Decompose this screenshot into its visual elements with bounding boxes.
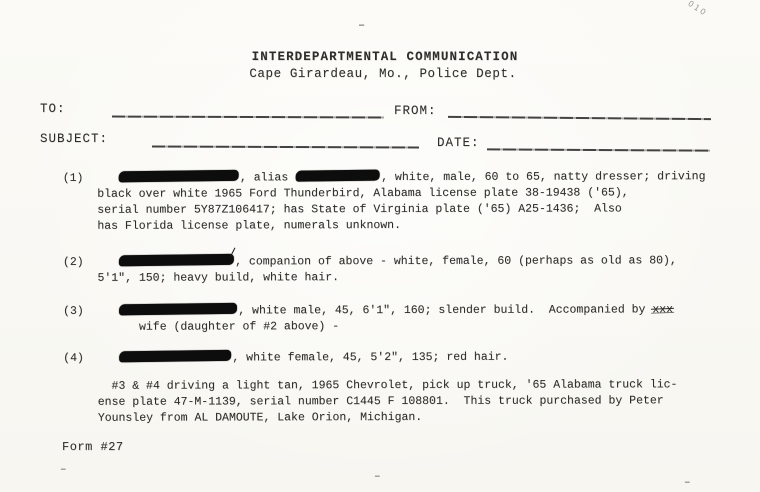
scanned-memo-page: – 010 INTERDEPARTMENTAL COMMUNICATION Ca… xyxy=(0,0,760,492)
memo-line: black over white 1965 Ford Thunderbird, … xyxy=(63,185,743,203)
memo-paragraph-item-2: (2) , companion of above - white, female… xyxy=(63,253,743,287)
subject-blank-line xyxy=(152,146,419,149)
corner-handwriting-mark: 010 xyxy=(686,0,709,18)
form-number: Form #27 xyxy=(62,440,124,454)
bottom-dash-right: – xyxy=(684,477,691,489)
memo-body: (1) , alias , white, male, 60 to 65, nat… xyxy=(63,169,744,427)
date-label: DATE: xyxy=(437,136,480,150)
to-label: TO: xyxy=(40,102,66,116)
memo-text: , white female, 45, 5'2", 135; red hair. xyxy=(232,351,508,365)
memo-text: serial number 5Y87Z106417; has State of … xyxy=(63,202,622,216)
memo-department: Cape Girardeau, Mo., Police Dept. xyxy=(0,67,760,81)
memo-text: black over white 1965 Ford Thunderbird, … xyxy=(63,186,629,200)
redaction-bar xyxy=(119,170,239,183)
memo-line: #3 & #4 driving a light tan, 1965 Chevro… xyxy=(63,377,743,395)
memo-text: (1) xyxy=(63,172,118,185)
redaction-bar xyxy=(296,170,380,182)
memo-text: has Florida license plate, numerals unkn… xyxy=(63,219,401,233)
memo-text: , alias xyxy=(240,171,295,184)
memo-text: , white, male, 60 to 65, natty dresser; … xyxy=(381,170,705,184)
memo-text: , companion of above - white, female, 60… xyxy=(235,254,677,268)
memo-line: 5'1", 150; heavy build, white hair. xyxy=(63,269,743,287)
memo-text: (3) xyxy=(63,305,118,318)
memo-line: has Florida license plate, numerals unkn… xyxy=(63,217,743,235)
top-page-dash: – xyxy=(358,18,365,32)
to-blank-line xyxy=(112,116,384,119)
memo-line: (3) , white male, 45, 6'1", 160; slender… xyxy=(63,302,743,320)
redaction-bar xyxy=(119,303,237,316)
memo-text: #3 & #4 driving a light tan, 1965 Chevro… xyxy=(63,378,677,393)
memo-paragraph-item-3: (3) , white male, 45, 6'1", 160; slender… xyxy=(63,302,743,336)
redaction-bar xyxy=(119,350,231,362)
struck-out-word: xxx xyxy=(652,303,673,316)
memo-text: wife (daughter of #2 above) - xyxy=(63,320,339,334)
bottom-dash-center: – xyxy=(374,471,381,483)
memo-paragraph-truck-note: #3 & #4 driving a light tan, 1965 Chevro… xyxy=(63,377,743,427)
memo-text: 5'1", 150; heavy build, white hair. xyxy=(63,271,339,285)
memo-text: ense plate 47-M-1139, serial number C144… xyxy=(63,394,663,409)
date-blank-line xyxy=(487,148,710,151)
memo-line: Younsley from AL DAMOUTE, Lake Orion, Mi… xyxy=(63,409,743,427)
from-label: FROM: xyxy=(394,104,437,118)
memo-text: (2) xyxy=(63,256,118,269)
memo-paragraph-item-4: (4) , white female, 45, 5'2", 135; red h… xyxy=(63,349,743,367)
memo-title: INTERDEPARTMENTAL COMMUNICATION xyxy=(0,50,760,64)
memo-line: serial number 5Y87Z106417; has State of … xyxy=(63,201,743,219)
memo-line: ense plate 47-M-1139, serial number C144… xyxy=(63,393,743,411)
memo-line: (4) , white female, 45, 5'2", 135; red h… xyxy=(63,349,743,367)
subject-label: SUBJECT: xyxy=(40,132,108,146)
bottom-dash-left: – xyxy=(60,464,67,476)
memo-line: wife (daughter of #2 above) - xyxy=(63,318,743,336)
redaction-bar xyxy=(119,254,234,267)
memo-line: (2) , companion of above - white, female… xyxy=(63,253,743,271)
memo-text: , white male, 45, 6'1", 160; slender bui… xyxy=(238,303,652,317)
memo-text: Younsley from AL DAMOUTE, Lake Orion, Mi… xyxy=(63,411,422,425)
memo-line: (1) , alias , white, male, 60 to 65, nat… xyxy=(63,169,743,187)
memo-text: (4) xyxy=(63,352,118,365)
memo-paragraph-item-1: (1) , alias , white, male, 60 to 65, nat… xyxy=(63,169,743,235)
from-blank-line xyxy=(448,116,711,120)
